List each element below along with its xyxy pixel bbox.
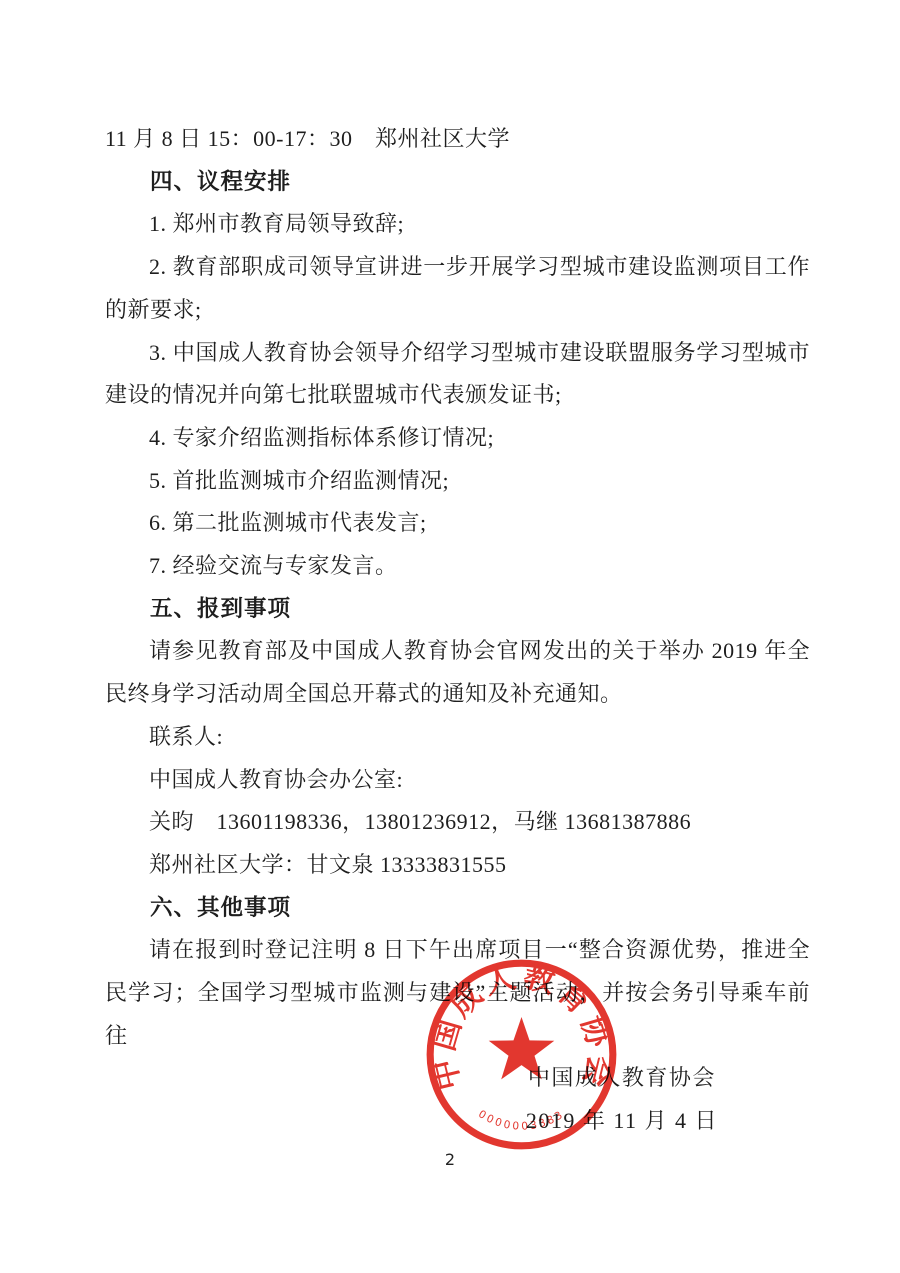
page-number: 2 [0,1150,900,1169]
schedule-line: 11 月 8 日 15：00-17：30 郑州社区大学 [105,118,810,161]
agenda-item-4: 4. 专家介绍监测指标体系修订情况; [105,417,810,460]
agenda-item-3: 3. 中国成人教育协会领导介绍学习型城市建设联盟服务学习型城市建设的情况并向第七… [105,332,810,417]
section-heading-other: 六、其他事项 [105,887,810,930]
agenda-item-7: 7. 经验交流与专家发言。 [105,545,810,588]
agenda-item-6: 6. 第二批监测城市代表发言; [105,502,810,545]
zhengzhou-contact-line: 郑州社区大学：甘文泉 13333831555 [105,844,810,887]
agenda-item-5: 5. 首批监测城市介绍监测情况; [105,460,810,503]
section-heading-registration: 五、报到事项 [105,588,810,631]
registration-paragraph: 请参见教育部及中国成人教育协会官网发出的关于举办 2019 年全民终身学习活动周… [105,630,810,715]
other-paragraph: 请在报到时登记注明 8 日下午出席项目一“整合资源优势，推进全民学习；全国学习型… [105,929,810,1057]
agenda-item-2: 2. 教育部职成司领导宣讲进一步开展学习型城市建设监测项目工作的新要求; [105,246,810,331]
section-heading-agenda: 四、议程安排 [105,161,810,204]
signature-organization: 中国成人教育协会 [526,1057,718,1100]
document-page-content: 11 月 8 日 15：00-17：30 郑州社区大学 四、议程安排 1. 郑州… [105,118,810,1143]
signature-block: 中国成人教育协会 2019 年 11 月 4 日 [526,1057,718,1142]
contact-label: 联系人: [105,716,810,759]
signature-date: 2019 年 11 月 4 日 [526,1100,718,1143]
phone-line: 关昀 13601198336，13801236912，马继 1368138788… [105,801,810,844]
agenda-item-1: 1. 郑州市教育局领导致辞; [105,203,810,246]
office-line: 中国成人教育协会办公室: [105,759,810,802]
